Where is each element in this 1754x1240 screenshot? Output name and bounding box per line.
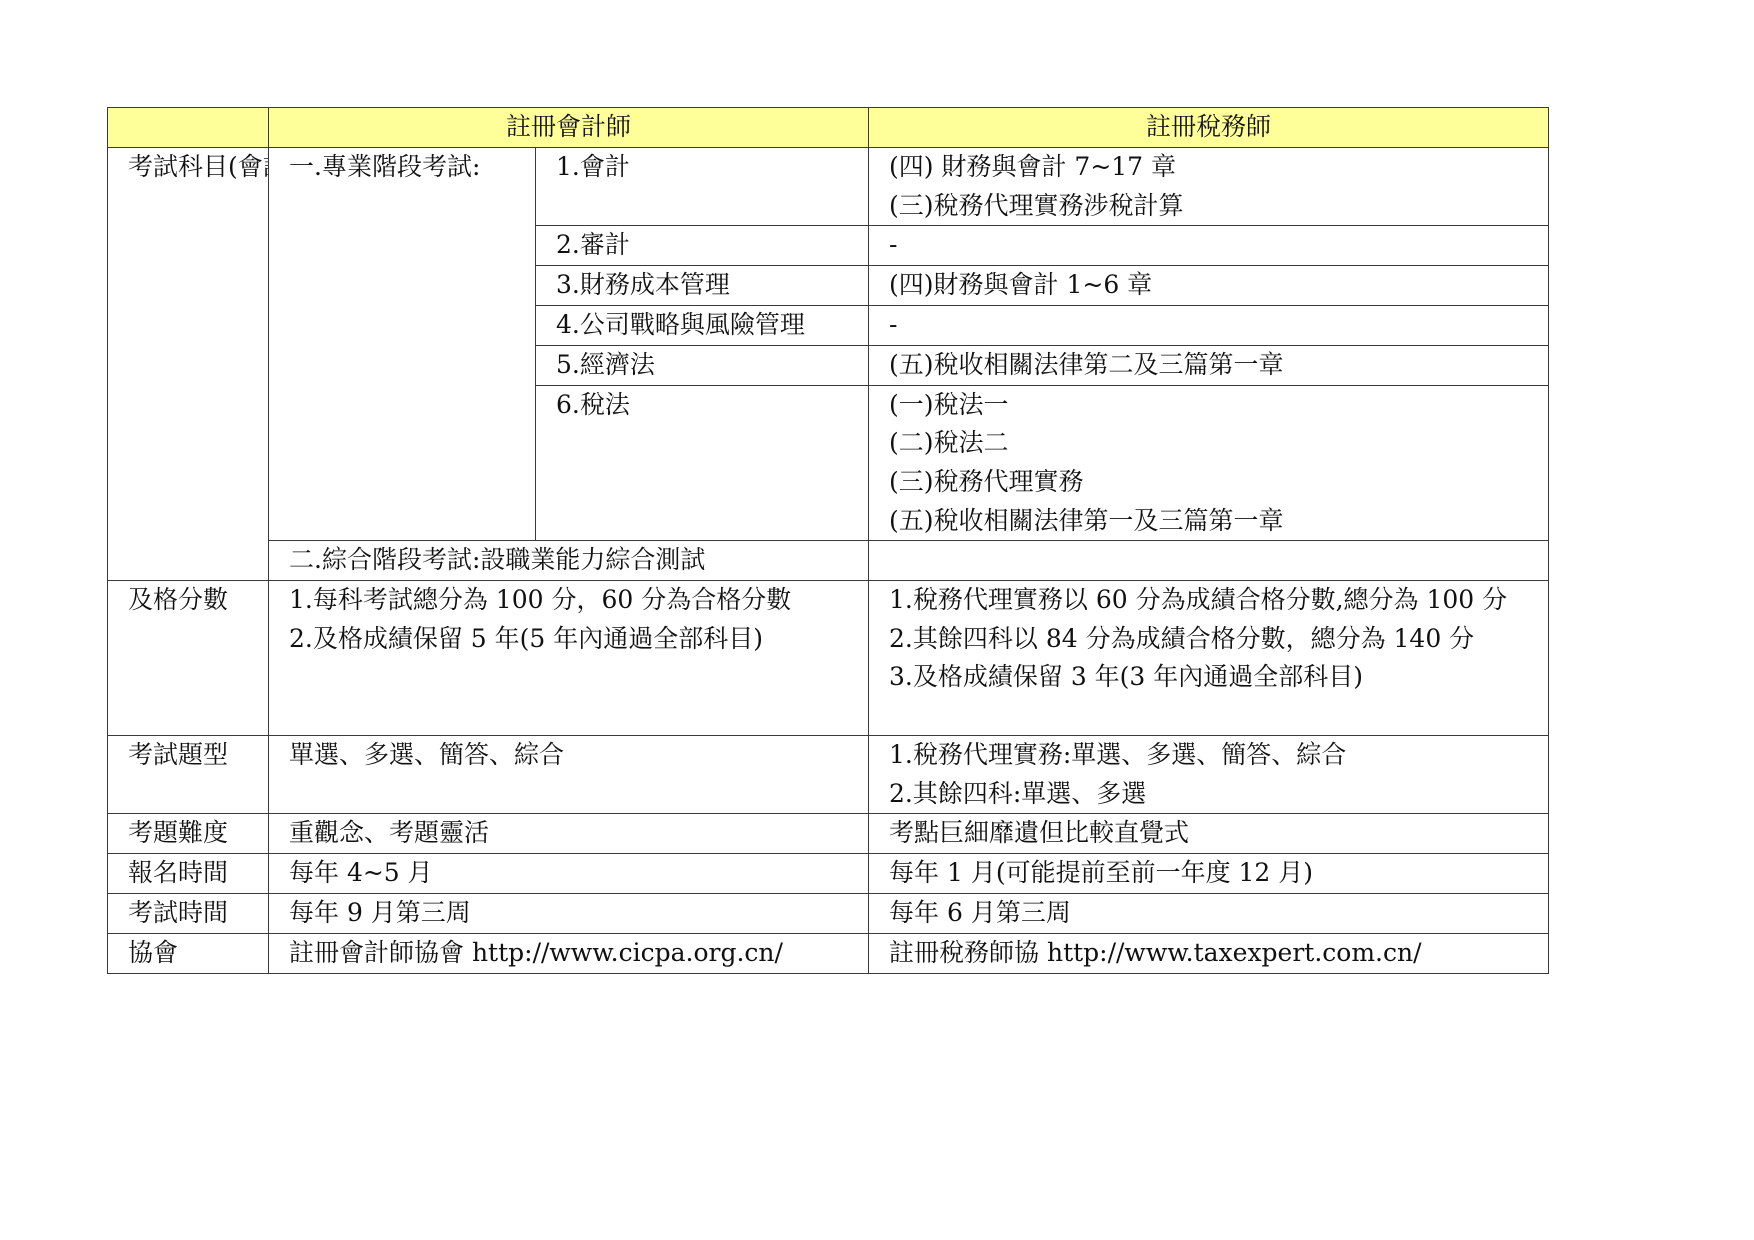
passing-label: 及格分數 [108, 581, 269, 736]
registration-label: 報名時間 [108, 854, 269, 894]
tax-subject-line: (四) 財務與會計 7~17 章 [889, 148, 1548, 187]
stage2-label: 二.綜合階段考試:設職業能力綜合測試 [269, 541, 869, 581]
subject-row-1: 考試科目(會計師與稅務師考試科目對照列示) 一.專業階段考試: 1.會計 (四)… [108, 148, 1549, 226]
exam-time-row: 考試時間 每年 9 月第三周 每年 6 月第三周 [108, 894, 1549, 934]
comparison-table: 註冊會計師 註冊稅務師 考試科目(會計師與稅務師考試科目對照列示) 一.專業階段… [107, 107, 1549, 974]
passing-tax-line: 2.其餘四科以 84 分為成績合格分數，總分為 140 分 [889, 620, 1540, 659]
tax-subject-line: (三)稅務代理實務 [889, 463, 1548, 502]
question-type-tax-line: 1.稅務代理實務:單選、多選、簡答、綜合 [889, 736, 1548, 775]
cpa-subject: 5.經濟法 [536, 345, 869, 385]
tax-subject-line: (二)稅法二 [889, 424, 1548, 463]
registration-row: 報名時間 每年 4~5 月 每年 1 月(可能提前至前一年度 12 月) [108, 854, 1549, 894]
tax-subject-line: (一)稅法一 [889, 386, 1548, 425]
registration-cpa: 每年 4~5 月 [269, 854, 869, 894]
passing-tax-line: 3.及格成績保留 3 年(3 年內通過全部科目) [889, 658, 1540, 697]
passing-row: 及格分數 1.每科考試總分為 100 分，60 分為合格分數 2.及格成績保留 … [108, 581, 1549, 736]
difficulty-cpa: 重觀念、考題靈活 [269, 814, 869, 854]
tax-subject-line: (三)稅務代理實務涉稅計算 [889, 187, 1548, 226]
cpa-subject: 4.公司戰略與風險管理 [536, 305, 869, 345]
question-type-tax: 1.稅務代理實務:單選、多選、簡答、綜合 2.其餘四科:單選、多選 [869, 736, 1549, 814]
header-blank-cell [108, 108, 269, 148]
difficulty-tax: 考點巨細靡遺但比較直覺式 [869, 814, 1549, 854]
header-row: 註冊會計師 註冊稅務師 [108, 108, 1549, 148]
header-cpa: 註冊會計師 [269, 108, 869, 148]
passing-tax-line: 1.稅務代理實務以 60 分為成績合格分數,總分為 100 分 [889, 581, 1540, 620]
tax-subject: (五)稅收相關法律第二及三篇第一章 [869, 345, 1549, 385]
stage1-label: 一.專業階段考試: [269, 148, 536, 541]
question-type-label: 考試題型 [108, 736, 269, 814]
exam-time-cpa: 每年 9 月第三周 [269, 894, 869, 934]
header-tax: 註冊稅務師 [869, 108, 1549, 148]
difficulty-label: 考題難度 [108, 814, 269, 854]
cpa-subject: 6.稅法 [536, 385, 869, 541]
tax-subject: (一)稅法一 (二)稅法二 (三)稅務代理實務 (五)稅收相關法律第一及三篇第一… [869, 385, 1549, 541]
question-type-tax-line: 2.其餘四科:單選、多選 [889, 775, 1548, 814]
exam-time-tax: 每年 6 月第三周 [869, 894, 1549, 934]
registration-tax: 每年 1 月(可能提前至前一年度 12 月) [869, 854, 1549, 894]
stage2-tax [869, 541, 1549, 581]
tax-subject: - [869, 305, 1549, 345]
stage2-row: 二.綜合階段考試:設職業能力綜合測試 [108, 541, 1549, 581]
question-type-row: 考試題型 單選、多選、簡答、綜合 1.稅務代理實務:單選、多選、簡答、綜合 2.… [108, 736, 1549, 814]
association-cpa[interactable]: 註冊會計師協會 http://www.cicpa.org.cn/ [269, 933, 869, 973]
question-type-cpa: 單選、多選、簡答、綜合 [269, 736, 869, 814]
passing-cpa-line: 2.及格成績保留 5 年(5 年內通過全部科目) [289, 620, 868, 659]
tax-subject: (四) 財務與會計 7~17 章 (三)稅務代理實務涉稅計算 [869, 148, 1549, 226]
tax-subject: - [869, 226, 1549, 266]
difficulty-row: 考題難度 重觀念、考題靈活 考點巨細靡遺但比較直覺式 [108, 814, 1549, 854]
passing-tax: 1.稅務代理實務以 60 分為成績合格分數,總分為 100 分 2.其餘四科以 … [869, 581, 1549, 736]
subjects-label: 考試科目(會計師與稅務師考試科目對照列示) [108, 148, 269, 581]
cpa-subject: 3.財務成本管理 [536, 266, 869, 306]
tax-subject-line: (五)稅收相關法律第一及三篇第一章 [889, 502, 1548, 541]
exam-time-label: 考試時間 [108, 894, 269, 934]
tax-subject: (四)財務與會計 1~6 章 [869, 266, 1549, 306]
association-row: 協會 註冊會計師協會 http://www.cicpa.org.cn/ 註冊稅務… [108, 933, 1549, 973]
cpa-subject: 2.審計 [536, 226, 869, 266]
association-label: 協會 [108, 933, 269, 973]
passing-cpa: 1.每科考試總分為 100 分，60 分為合格分數 2.及格成績保留 5 年(5… [269, 581, 869, 736]
association-tax[interactable]: 註冊稅務師協 http://www.taxexpert.com.cn/ [869, 933, 1549, 973]
passing-cpa-line: 1.每科考試總分為 100 分，60 分為合格分數 [289, 581, 868, 620]
cpa-subject: 1.會計 [536, 148, 869, 226]
